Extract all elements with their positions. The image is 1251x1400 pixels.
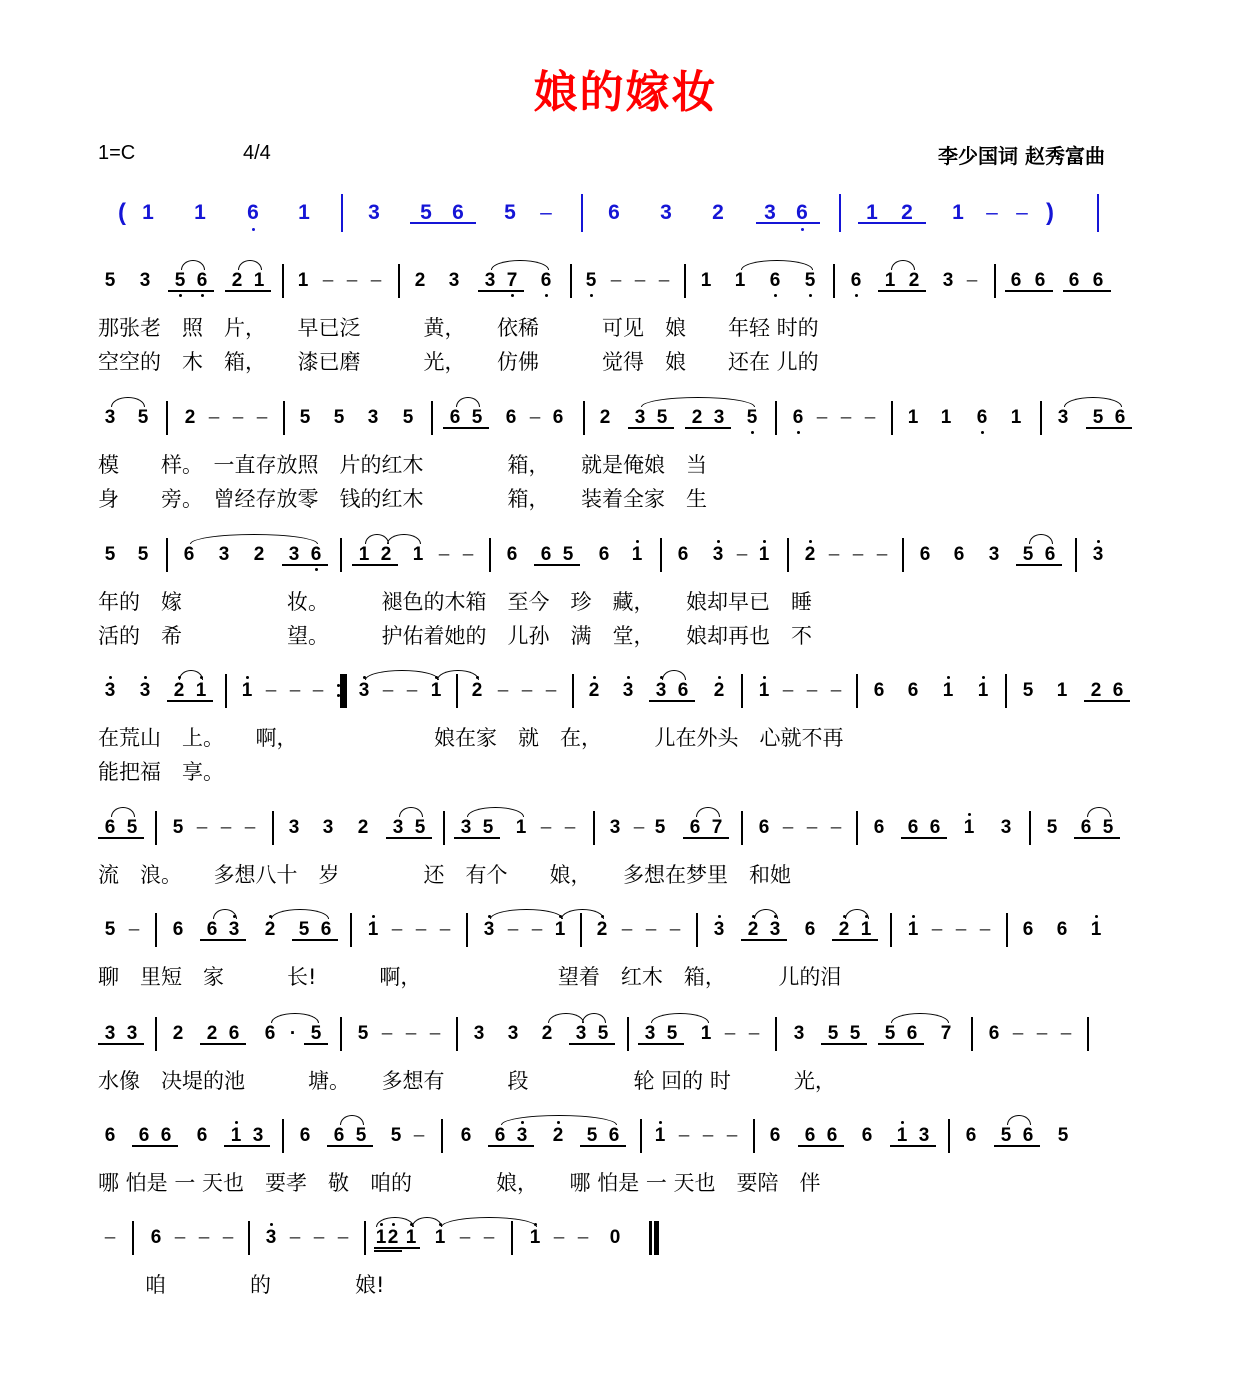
note: 6 — [224, 1023, 244, 1045]
note: 5 — [1098, 817, 1118, 839]
note: 6 — [1018, 919, 1038, 941]
bar-line — [350, 913, 352, 947]
beam-underline — [798, 1145, 844, 1147]
note: 3 — [284, 817, 304, 839]
note: 6 — [765, 270, 785, 292]
note: 3 — [224, 919, 244, 941]
octave-dot — [252, 228, 255, 231]
note: – — [848, 544, 868, 566]
note: 5 — [168, 817, 188, 839]
slur-mark — [111, 807, 135, 817]
note: 5 — [170, 270, 190, 292]
note: 1 — [903, 919, 923, 941]
note: 3 — [480, 270, 500, 292]
bar-line — [155, 1017, 157, 1051]
beam-underline — [168, 290, 214, 292]
slur-mark — [548, 1013, 584, 1023]
beam-underline — [741, 939, 787, 941]
octave-dot — [590, 294, 593, 297]
note: – — [836, 407, 856, 429]
composer-credit: 李少国词 赵秀富曲 — [938, 140, 1105, 169]
slur-mark — [181, 260, 205, 270]
note: 3 — [388, 817, 408, 839]
note: 1 — [696, 1023, 716, 1045]
bar-line — [1029, 811, 1031, 845]
beam-underline — [1016, 564, 1062, 566]
bar-line — [627, 1017, 629, 1051]
note: 3 — [709, 919, 729, 941]
beam-underline — [454, 837, 500, 839]
note: 1 — [650, 1125, 670, 1147]
beam-underline — [638, 1043, 684, 1045]
beam-underline — [410, 222, 476, 224]
note: 6 — [501, 407, 521, 429]
bar-line — [1087, 1017, 1089, 1051]
note: 2 — [709, 680, 729, 702]
beam-underline — [200, 1043, 246, 1045]
note: 2 — [168, 1023, 188, 1045]
bar-line — [971, 1017, 973, 1051]
note: 6 — [146, 1227, 166, 1249]
note: – — [860, 407, 880, 429]
note: 3 — [354, 680, 374, 702]
octave-dot — [947, 676, 950, 679]
beam-underline — [98, 837, 144, 839]
note: 6 — [168, 919, 188, 941]
note: 6 — [903, 817, 923, 839]
note: – — [722, 1125, 742, 1147]
note: 6 — [903, 680, 923, 702]
lyrics-row-3-verse-2: 活的 希 望。 护佑着她的 儿孙 满 堂， 娘却再也 不 — [98, 620, 812, 650]
beam-underline — [821, 1043, 867, 1045]
note: · — [283, 1023, 303, 1045]
slur-mark — [754, 909, 778, 919]
note: 6 — [1006, 270, 1026, 292]
octave-dot — [545, 294, 548, 297]
note: 3 — [789, 1023, 809, 1045]
note: 5 — [467, 407, 487, 429]
octave-dot — [718, 915, 721, 918]
note: 6 — [100, 1125, 120, 1147]
note: 6 — [604, 1125, 624, 1147]
note: 5 — [880, 1023, 900, 1045]
note: 1 — [249, 270, 269, 292]
octave-dot — [337, 694, 340, 697]
note: 2 — [584, 680, 604, 702]
slur-mark — [501, 1115, 617, 1125]
octave-dot — [797, 431, 800, 434]
note: 5 — [996, 1125, 1016, 1147]
note: 1 — [511, 817, 531, 839]
bar-line — [593, 811, 595, 845]
note: 6 — [869, 680, 889, 702]
bar-line — [282, 264, 284, 298]
note: – — [517, 680, 537, 702]
octave-dot — [315, 568, 318, 571]
beam-underline — [683, 837, 729, 839]
beam-underline — [1063, 290, 1111, 292]
slur-mark — [491, 260, 549, 270]
note: 3 — [640, 1023, 660, 1045]
note: 1 — [430, 1227, 450, 1249]
bar-line — [340, 674, 347, 708]
note: 6 — [1076, 817, 1096, 839]
beam-underline — [282, 564, 328, 566]
note: 3 — [248, 1125, 268, 1147]
note: 1 — [1006, 407, 1026, 429]
beam-underline — [832, 939, 878, 941]
note: – — [549, 1227, 569, 1249]
score-row-2: 35 2––– 5535 656–6 235235 6––– 1161 356 — [0, 407, 1251, 447]
slur-mark — [696, 807, 720, 817]
note: 6 — [857, 1125, 877, 1147]
beam-underline — [534, 564, 580, 566]
beam-underline — [304, 1043, 328, 1045]
bar-line — [443, 811, 445, 845]
note: 6 — [490, 1125, 510, 1147]
bar-line — [948, 1119, 950, 1153]
note: 6 — [156, 1125, 176, 1147]
octave-dot — [774, 294, 777, 297]
note: 1 — [938, 680, 958, 702]
note: – — [606, 270, 626, 292]
note: 5 — [652, 407, 672, 429]
note: 3 — [100, 407, 120, 429]
note: 6 — [134, 1125, 154, 1147]
slur-mark — [399, 807, 423, 817]
bar-line — [155, 811, 157, 845]
beam-underline — [224, 1145, 270, 1147]
slur-mark — [651, 1013, 709, 1023]
note: 3 — [122, 1023, 142, 1045]
bar-line — [640, 1119, 642, 1153]
note: 3 — [984, 544, 1004, 566]
note: 6 — [792, 202, 812, 224]
note: 3 — [1053, 407, 1073, 429]
note: 6 — [202, 919, 222, 941]
note: – — [378, 680, 398, 702]
time-signature: 4/4 — [243, 142, 271, 165]
note: 2 — [897, 202, 917, 224]
note: 7 — [707, 817, 727, 839]
note: 3 — [135, 680, 155, 702]
intro-row: ( 1161 3565– 63236 121–– ) — [0, 202, 1251, 242]
slur-mark — [179, 670, 203, 680]
lyrics-row-4-verse-1: 在荒山 上。 啊， 娘在家 就 在， 儿在外头 心就不再 — [98, 722, 844, 752]
slur-mark — [641, 397, 755, 407]
note: 2 — [467, 680, 487, 702]
note: 5 — [294, 919, 314, 941]
note: – — [982, 202, 1002, 224]
note: 2 — [410, 270, 430, 292]
note: – — [124, 919, 144, 941]
bar-line — [155, 913, 157, 947]
note: 6 — [1110, 407, 1130, 429]
note: – — [826, 680, 846, 702]
note: – — [402, 680, 422, 702]
note: – — [698, 1125, 718, 1147]
bar-line — [775, 401, 777, 435]
note: 3 — [512, 1125, 532, 1147]
note: 6 — [961, 1125, 981, 1147]
note: 2 — [592, 919, 612, 941]
note: 6 — [765, 1125, 785, 1147]
note: 6 — [548, 407, 568, 429]
note: 3 — [284, 544, 304, 566]
octave-dot — [337, 684, 340, 687]
note: 2 — [180, 407, 200, 429]
note: 6 — [1018, 1125, 1038, 1147]
note: 2 — [834, 919, 854, 941]
lyrics-row-6: 聊 里短 家 长! 啊， 望着 红木 箱， 儿的泪 — [98, 961, 841, 991]
note: 6 — [949, 544, 969, 566]
note: – — [1032, 1023, 1052, 1045]
octave-dot — [144, 676, 147, 679]
note: 6 — [822, 1125, 842, 1147]
octave-dot — [912, 915, 915, 918]
note: 5 — [1053, 1125, 1073, 1147]
note: 6 — [445, 407, 465, 429]
note: – — [536, 817, 556, 839]
octave-dot — [855, 294, 858, 297]
beam-underline — [858, 222, 926, 224]
note: 6 — [800, 1125, 820, 1147]
note: 5 — [582, 1125, 602, 1147]
note: 3 — [479, 919, 499, 941]
close-paren: ) — [1046, 199, 1054, 227]
note: – — [435, 919, 455, 941]
note: 1 — [627, 544, 647, 566]
note: 5 — [100, 544, 120, 566]
note: – — [1056, 1023, 1076, 1045]
beam-underline — [478, 290, 524, 292]
note: 3 — [363, 407, 383, 429]
note: – — [333, 1227, 353, 1249]
note: – — [665, 919, 685, 941]
note: – — [629, 817, 649, 839]
bar-line — [839, 194, 841, 232]
note: 5 — [662, 1023, 682, 1045]
beam-underline — [374, 1250, 402, 1252]
note: – — [479, 1227, 499, 1249]
beam-underline — [1084, 700, 1130, 702]
slur-mark — [891, 1013, 949, 1023]
note: 3 — [651, 680, 671, 702]
slur-mark — [1029, 534, 1053, 544]
note: 2 — [202, 1023, 222, 1045]
note: 7 — [936, 1023, 956, 1045]
note: 6 — [306, 544, 326, 566]
note: 2 — [353, 817, 373, 839]
octave-dot — [717, 540, 720, 543]
note: – — [366, 270, 386, 292]
note: 5 — [800, 270, 820, 292]
bar-line — [132, 1221, 134, 1255]
note: 1 — [190, 202, 210, 224]
note: 1 — [892, 1125, 912, 1147]
note: 1 — [191, 680, 211, 702]
note: 6 — [448, 202, 468, 224]
lyrics-row-2-verse-1: 模 样。 一直存放照 片的红木 箱， 就是俺娘 当 — [98, 449, 707, 479]
bar-line — [341, 194, 343, 232]
octave-dot — [534, 1223, 537, 1226]
lyrics-row-9: 咱 的 娘! — [145, 1269, 384, 1299]
note: 3 — [1088, 544, 1108, 566]
note: 6 — [1052, 919, 1072, 941]
octave-dot — [751, 431, 754, 434]
slur-mark — [213, 909, 237, 919]
beam-underline — [352, 564, 398, 566]
octave-dot — [270, 1223, 273, 1226]
note: 3 — [100, 1023, 120, 1045]
note: 2 — [548, 1125, 568, 1147]
note: – — [630, 270, 650, 292]
beam-underline — [1005, 290, 1053, 292]
note: – — [778, 680, 798, 702]
note: 3 — [456, 817, 476, 839]
bar-line — [364, 1221, 366, 1255]
note: – — [309, 1227, 329, 1249]
score-row-8: 666 613 6655– 663 256 1––– 666 613 6565 — [0, 1125, 1251, 1165]
note: – — [1008, 1023, 1028, 1045]
note: – — [455, 1227, 475, 1249]
note: 2 — [1086, 680, 1106, 702]
note: – — [560, 817, 580, 839]
key-signature: 1=C — [98, 142, 135, 165]
note: 1 — [363, 919, 383, 941]
beam-underline — [167, 700, 213, 702]
note: 6 — [243, 202, 263, 224]
note: – — [778, 817, 798, 839]
bar-line — [856, 811, 858, 845]
bar-line — [431, 401, 433, 435]
note: 3 — [996, 817, 1016, 839]
bar-line — [570, 264, 572, 298]
score-row-9: – 6––– 3––– 12 1 1 –– 1––0 — [0, 1227, 1251, 1267]
note: 1 — [1086, 919, 1106, 941]
slur-mark — [1064, 397, 1122, 407]
note: – — [744, 1023, 764, 1045]
bar-line — [166, 401, 168, 435]
note: 6 — [1088, 270, 1108, 292]
note: 6 — [915, 544, 935, 566]
note: 6 — [902, 1023, 922, 1045]
bar-line — [466, 913, 468, 947]
bar-line — [489, 538, 491, 572]
slur-mark — [271, 1013, 319, 1023]
octave-dot — [179, 294, 182, 297]
slur-mark — [467, 807, 524, 817]
note: 6 — [1064, 270, 1084, 292]
note: 6 — [1040, 544, 1060, 566]
note: 5 — [133, 407, 153, 429]
note: 6 — [1030, 270, 1050, 292]
note: 1 — [525, 1227, 545, 1249]
note: 5 — [1018, 680, 1038, 702]
bar-line — [833, 264, 835, 298]
note: 2 — [169, 680, 189, 702]
note: – — [951, 919, 971, 941]
note: 3 — [760, 202, 780, 224]
slur-mark — [365, 670, 439, 680]
note: 5 — [100, 919, 120, 941]
slur-mark — [376, 1217, 414, 1227]
note: 5 — [1042, 817, 1062, 839]
note: – — [674, 1125, 694, 1147]
note: 1 — [226, 1125, 246, 1147]
note: 3 — [656, 202, 676, 224]
octave-dot — [511, 294, 514, 297]
note: 3 — [605, 817, 625, 839]
slur-mark — [662, 670, 686, 680]
octave-dot — [763, 540, 766, 543]
bar-line — [649, 1221, 652, 1255]
slur-mark — [561, 909, 604, 919]
bar-line — [272, 811, 274, 845]
note: – — [100, 1227, 120, 1249]
note: 5 — [742, 407, 762, 429]
bar-line — [248, 1221, 250, 1255]
bar-line — [856, 674, 858, 708]
beam-underline — [878, 290, 926, 292]
note: 5 — [122, 817, 142, 839]
note: 6 — [594, 544, 614, 566]
note: 6 — [456, 1125, 476, 1147]
note: – — [285, 680, 305, 702]
note: 6 — [788, 407, 808, 429]
note: – — [493, 680, 513, 702]
note: 3 — [708, 544, 728, 566]
bar-line — [753, 1119, 755, 1153]
score-row-3: 55 63236 121–– 66561 63–1 2––– 66356 3 — [0, 544, 1251, 584]
note: 6 — [1108, 680, 1128, 702]
note: 3 — [765, 919, 785, 941]
beam-underline — [1086, 427, 1132, 429]
beam-underline — [386, 837, 432, 839]
note: 6 — [604, 202, 624, 224]
bar-line — [684, 264, 686, 298]
note: 3 — [630, 407, 650, 429]
note: – — [927, 919, 947, 941]
note: 5 — [398, 407, 418, 429]
note: 5 — [593, 1023, 613, 1045]
bar-line — [1040, 401, 1042, 435]
octave-dot — [968, 813, 971, 816]
score-row-7: 33 226 6·5 5––– 33235 351–– 355 567 6––– — [0, 1023, 1251, 1063]
note: 5 — [845, 1023, 865, 1045]
note: 1 — [550, 919, 570, 941]
bar-line — [282, 1119, 284, 1153]
note: – — [503, 919, 523, 941]
score-row-6: 5– 663 256 1––– 3––1 2––– 323 621 1––– 6… — [0, 919, 1251, 959]
note: 6 — [329, 1125, 349, 1147]
slur-mark — [190, 534, 318, 544]
note: 2 — [743, 919, 763, 941]
note: 6 — [869, 817, 889, 839]
note: 5 — [353, 1023, 373, 1045]
octave-dot — [801, 228, 804, 231]
note: 1 — [237, 680, 257, 702]
note: 3 — [444, 270, 464, 292]
note: 6 — [972, 407, 992, 429]
note: 3 — [503, 1023, 523, 1045]
slur-mark — [1087, 807, 1111, 817]
note: – — [527, 919, 547, 941]
lyrics-row-2-verse-2: 身 旁。 曾经存放零 钱的红木 箱， 装着全家 生 — [98, 483, 707, 513]
note: 6 — [536, 270, 556, 292]
bar-line — [340, 538, 342, 572]
beam-underline — [649, 700, 695, 702]
